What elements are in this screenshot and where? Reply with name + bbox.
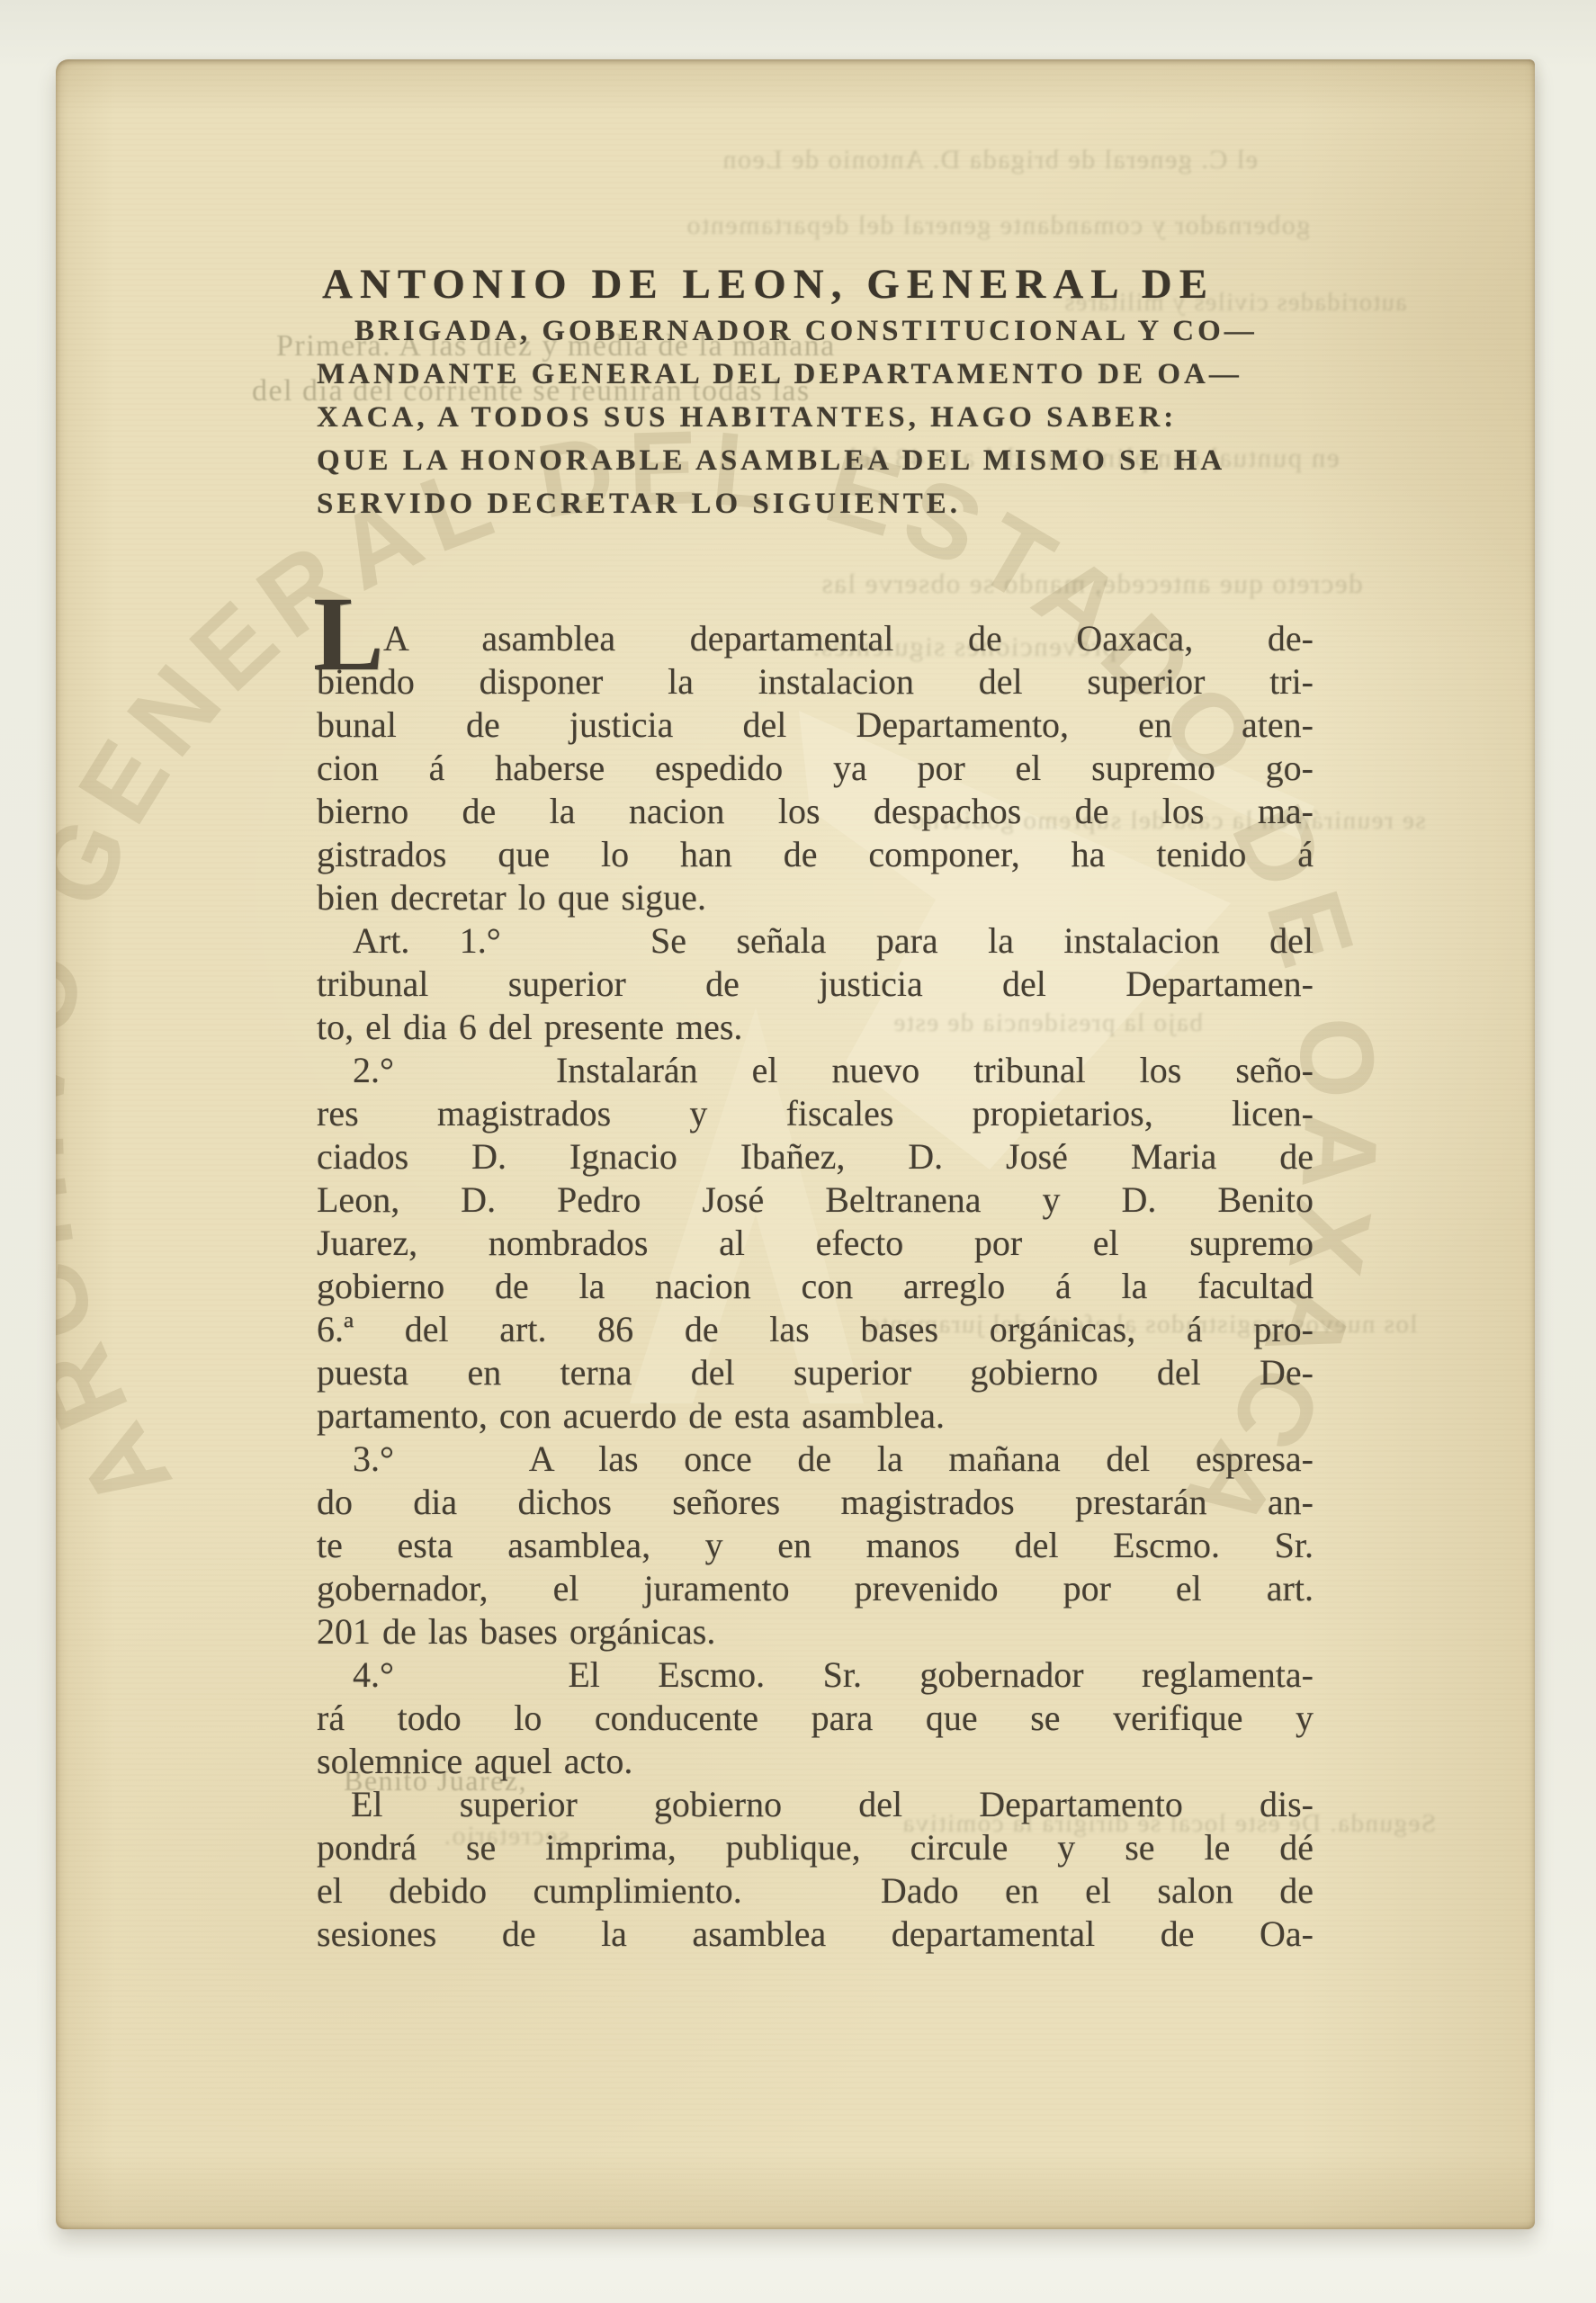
body-line: sesiones de la asamblea departamental de… bbox=[317, 1913, 1314, 1956]
scanned-document: ARCHIVO GENERAL DEL ESTADO DE OAXACA el … bbox=[0, 0, 1596, 2303]
body-line: Juarez, nombrados al efecto por el supre… bbox=[317, 1222, 1314, 1265]
body-line: biendo disponer la instalacion del super… bbox=[317, 660, 1314, 703]
decree-subtitle-line: SERVIDO DECRETAR LO SIGUIENTE. bbox=[317, 482, 1333, 525]
body-line: to, el dia 6 del presente mes. bbox=[317, 1006, 1314, 1049]
body-line: gobernador, el juramento prevenido por e… bbox=[317, 1567, 1314, 1610]
body-line: ciados D. Ignacio Ibañez, D. José Maria … bbox=[317, 1135, 1314, 1178]
decree-subtitle-line: BRIGADA, GOBERNADOR CONSTITUCIONAL Y CO— bbox=[317, 309, 1333, 353]
body-line: 3.° A las once de la mañana del espresa- bbox=[317, 1438, 1314, 1481]
body-line: 4.° El Escmo. Sr. gobernador reglamenta- bbox=[317, 1653, 1314, 1697]
body-line: pondrá se imprima, publique, circule y s… bbox=[317, 1826, 1314, 1869]
body-line: El superior gobierno del Departamento di… bbox=[317, 1783, 1314, 1826]
showthrough-text: decreto que antecede, mando se observe l… bbox=[820, 568, 1363, 600]
decree-title: ANTONIO DE LEON, GENERAL DE bbox=[322, 259, 1312, 313]
body-line: gobierno de la nacion con arreglo á la f… bbox=[317, 1265, 1314, 1308]
body-line: solemnice aquel acto. bbox=[317, 1740, 1314, 1783]
body-line: res magistrados y fiscales propietarios,… bbox=[317, 1092, 1314, 1135]
body-line: Leon, D. Pedro José Beltranena y D. Beni… bbox=[317, 1178, 1314, 1222]
body-line: bierno de la nacion los despachos de los… bbox=[317, 790, 1314, 833]
body-line: puesta en terna del superior gobierno de… bbox=[317, 1351, 1314, 1394]
decree-subtitle-line: MANDANTE GENERAL DEL DEPARTAMENTO DE OA— bbox=[317, 353, 1333, 396]
body-line: cion á haberse espedido ya por el suprem… bbox=[317, 747, 1314, 790]
body-line: Art. 1.° Se señala para la instalacion d… bbox=[317, 919, 1314, 963]
decree-subtitle-line: QUE LA HONORABLE ASAMBLEA DEL MISMO SE H… bbox=[317, 439, 1333, 482]
showthrough-text: el C. general de brigada D. Antonio de L… bbox=[722, 145, 1258, 175]
decree-subtitle-block: BRIGADA, GOBERNADOR CONSTITUCIONAL Y CO—… bbox=[317, 309, 1333, 525]
document-page: ARCHIVO GENERAL DEL ESTADO DE OAXACA el … bbox=[56, 59, 1535, 2229]
body-line: rá todo lo conducente para que se verifi… bbox=[317, 1697, 1314, 1740]
decree-body: LA asamblea departamental de Oaxaca, de-… bbox=[317, 617, 1314, 1956]
body-line: te esta asamblea, y en manos del Escmo. … bbox=[317, 1524, 1314, 1567]
body-line: LA asamblea departamental de Oaxaca, de- bbox=[317, 617, 1314, 660]
body-line: gistrados que lo han de componer, ha ten… bbox=[317, 833, 1314, 876]
body-line: do dia dichos señores magistrados presta… bbox=[317, 1481, 1314, 1524]
decree-subtitle-line: XACA, A TODOS SUS HABITANTES, HAGO SABER… bbox=[317, 396, 1333, 439]
body-line: partamento, con acuerdo de esta asamblea… bbox=[317, 1394, 1314, 1438]
body-line: tribunal superior de justicia del Depart… bbox=[317, 963, 1314, 1006]
showthrough-text: gobernador y comandante general del depa… bbox=[686, 211, 1310, 241]
body-line: 6.ª del art. 86 de las bases orgánicas, … bbox=[317, 1308, 1314, 1351]
body-line: bunal de justicia del Departamento, en a… bbox=[317, 703, 1314, 747]
body-line: el debido cumplimiento. Dado en el salon… bbox=[317, 1869, 1314, 1913]
body-line: 201 de las bases orgánicas. bbox=[317, 1610, 1314, 1653]
body-line: 2.° Instalarán el nuevo tribunal los señ… bbox=[317, 1049, 1314, 1092]
body-line: bien decretar lo que sigue. bbox=[317, 876, 1314, 919]
